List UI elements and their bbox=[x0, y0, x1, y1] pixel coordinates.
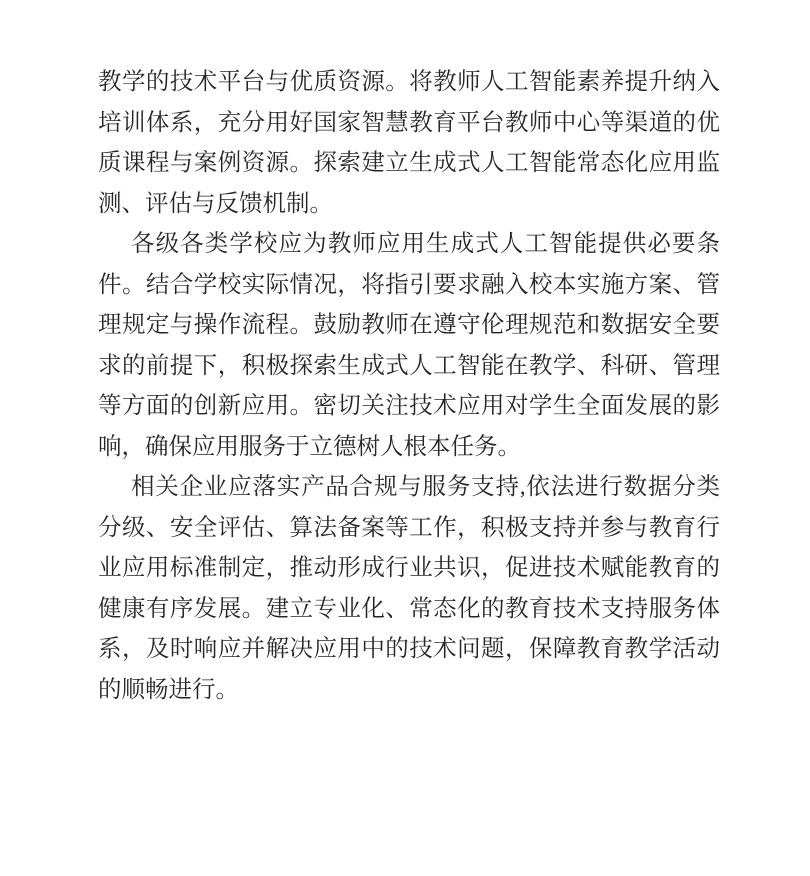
text-line: 教学的技术平台与优质资源。将教师人工智能素养提升纳入 bbox=[98, 62, 720, 103]
paragraph: 各级各类学校应为教师应用生成式人工智能提供必要条 件。结合学校实际情况，将指引要… bbox=[98, 224, 720, 467]
text-line: 理规定与操作流程。鼓励教师在遵守伦理规范和数据安全要 bbox=[98, 305, 720, 346]
text-line: 系，及时响应并解决应用中的技术问题，保障教育教学活动 bbox=[98, 629, 720, 670]
text-line: 业应用标准制定，推动形成行业共识，促进技术赋能教育的 bbox=[98, 548, 720, 589]
document-text-block: 教学的技术平台与优质资源。将教师人工智能素养提升纳入 培训体系，充分用好国家智慧… bbox=[98, 62, 720, 710]
paragraph: 教学的技术平台与优质资源。将教师人工智能素养提升纳入 培训体系，充分用好国家智慧… bbox=[98, 62, 720, 224]
text-line: 培训体系，充分用好国家智慧教育平台教师中心等渠道的优 bbox=[98, 103, 720, 144]
text-line: 相关企业应落实产品合规与服务支持,依法进行数据分类 bbox=[98, 467, 720, 508]
text-line: 响，确保应用服务于立德树人根本任务。 bbox=[98, 427, 720, 468]
text-line: 等方面的创新应用。密切关注技术应用对学生全面发展的影 bbox=[98, 386, 720, 427]
text-line: 健康有序发展。建立专业化、常态化的教育技术支持服务体 bbox=[98, 589, 720, 630]
text-line: 的顺畅进行。 bbox=[98, 670, 720, 711]
text-line: 测、评估与反馈机制。 bbox=[98, 184, 720, 225]
text-line: 分级、安全评估、算法备案等工作，积极支持并参与教育行 bbox=[98, 508, 720, 549]
text-line: 件。结合学校实际情况，将指引要求融入校本实施方案、管 bbox=[98, 265, 720, 306]
text-line: 求的前提下，积极探索生成式人工智能在教学、科研、管理 bbox=[98, 346, 720, 387]
text-line: 质课程与案例资源。探索建立生成式人工智能常态化应用监 bbox=[98, 143, 720, 184]
text-line: 各级各类学校应为教师应用生成式人工智能提供必要条 bbox=[98, 224, 720, 265]
paragraph: 相关企业应落实产品合规与服务支持,依法进行数据分类 分级、安全评估、算法备案等工… bbox=[98, 467, 720, 710]
document-page: 教学的技术平台与优质资源。将教师人工智能素养提升纳入 培训体系，充分用好国家智慧… bbox=[0, 0, 810, 876]
